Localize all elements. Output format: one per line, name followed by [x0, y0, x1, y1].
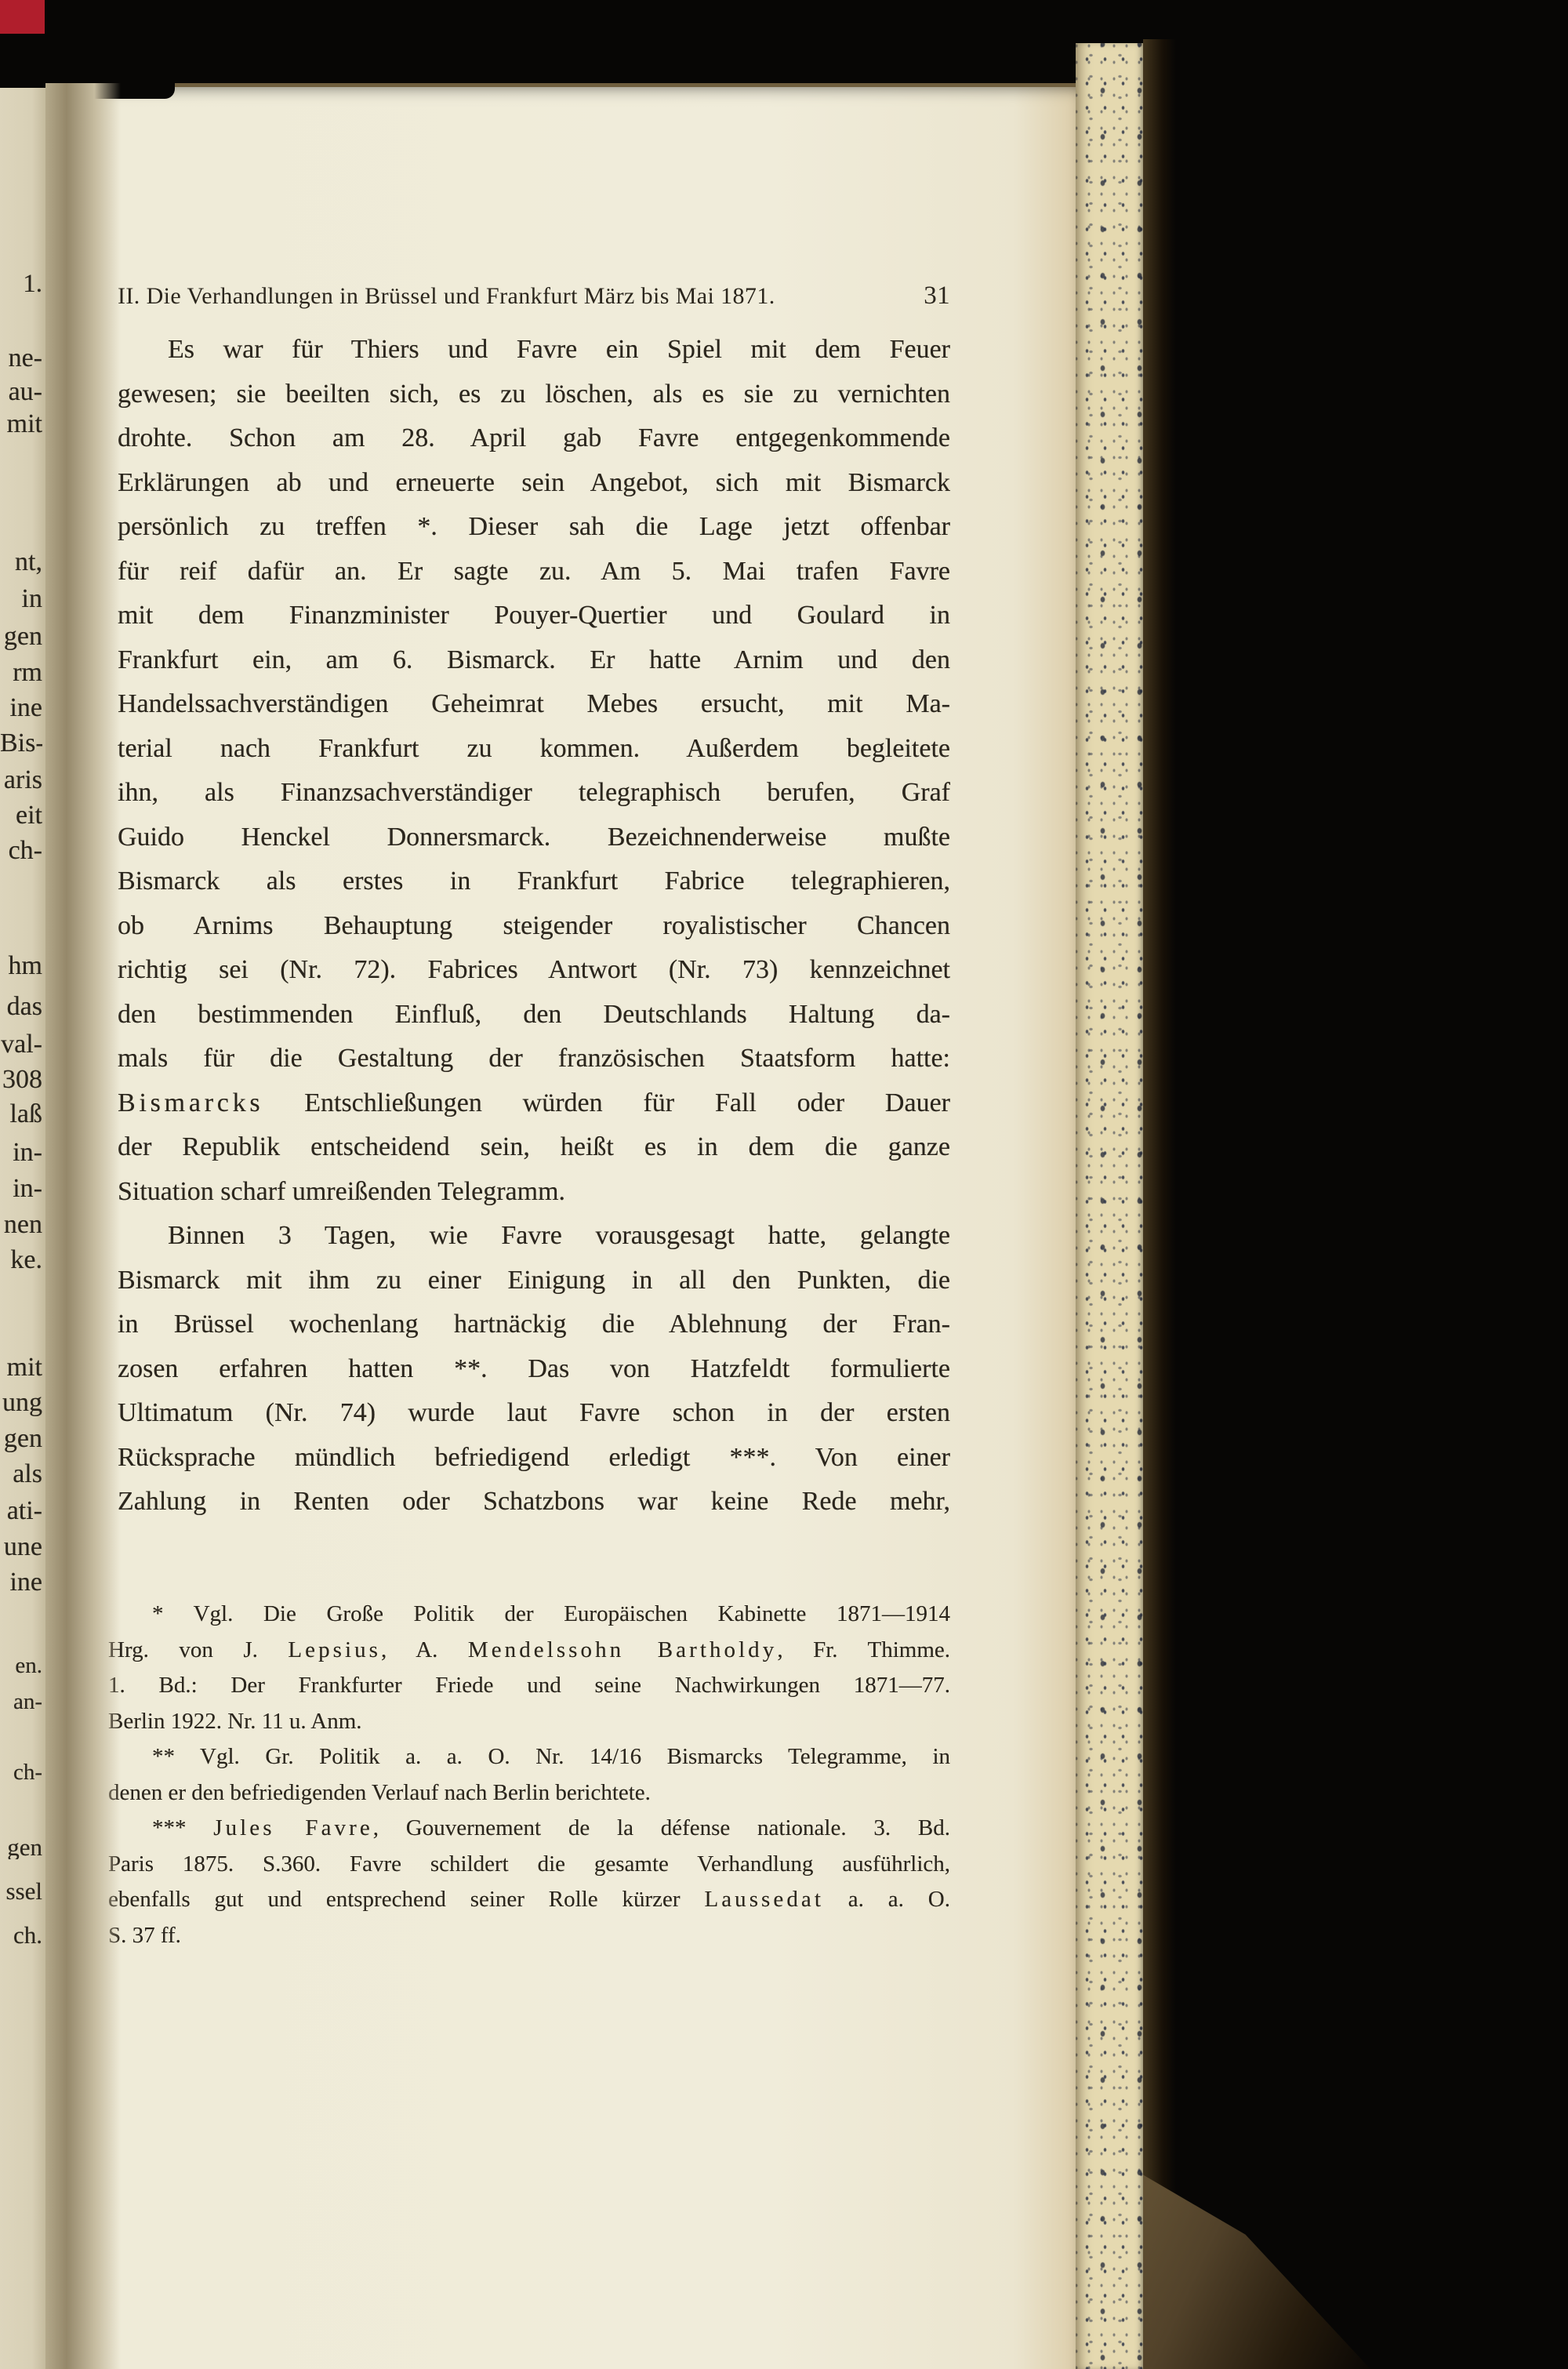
book-page: II. Die Verhandlungen in Brüssel und Fra… — [45, 83, 1076, 2369]
margin-fragment: an- — [0, 1691, 42, 1713]
page-header-title: II. Die Verhandlungen in Brüssel und Fra… — [118, 283, 775, 310]
text-line: Bismarck als erstes in Frankfurt Fabrice… — [118, 859, 950, 904]
margin-fragment: gen — [0, 1426, 42, 1452]
fore-edge — [1076, 43, 1143, 2369]
margin-fragment: en. — [0, 1655, 42, 1677]
text-line: zosen erfahren hatten **. Das von Hatzfe… — [118, 1347, 950, 1392]
margin-fragment: in- — [0, 1175, 42, 1202]
margin-fragment: in- — [0, 1139, 42, 1166]
text-line: Ultimatum (Nr. 74) wurde laut Favre scho… — [118, 1391, 950, 1436]
margin-fragment: ch. — [0, 1923, 42, 1947]
text-line: Bismarck mit ihm zu einer Einigung in al… — [118, 1259, 950, 1303]
book-cover-corner — [1143, 2070, 1370, 2369]
text-line: persönlich zu treffen *. Dieser sah die … — [118, 505, 950, 550]
margin-fragment: gen — [0, 1835, 42, 1859]
margin-fragment: au- — [0, 379, 42, 405]
text-line: für reif dafür an. Er sagte zu. Am 5. Ma… — [118, 550, 950, 594]
margin-fragment: in — [0, 586, 42, 612]
text-line: Handelssachverständigen Geheimrat Mebes … — [118, 682, 950, 727]
text-line: Frankfurt ein, am 6. Bismarck. Er hatte … — [118, 638, 950, 683]
text-line: Paris 1875. S.360. Favre schildert die g… — [108, 1847, 950, 1883]
margin-fragment: val- — [0, 1031, 42, 1058]
margin-fragment: une — [0, 1534, 42, 1561]
text-line: drohte. Schon am 28. April gab Favre ent… — [118, 416, 950, 461]
margin-fragment: nt, — [0, 549, 42, 576]
margin-fragment: 1. — [0, 271, 42, 297]
text-line: den bestimmenden Einfluß, den Deutschlan… — [118, 993, 950, 1037]
margin-fragment: mit — [0, 411, 42, 438]
margin-fragment: ung — [0, 1390, 42, 1416]
text-line: S. 37 ff. — [108, 1918, 950, 1954]
book-cover-edge — [1143, 39, 1176, 2369]
text-line: Erklärungen ab und erneuerte sein Angebo… — [118, 461, 950, 506]
text-line: denen er den befriedigenden Verlauf nach… — [108, 1775, 950, 1811]
text-line: * Vgl. Die Große Politik der Europäische… — [108, 1597, 950, 1633]
margin-fragment: 308 — [0, 1066, 42, 1093]
margin-fragment: ssel — [0, 1879, 42, 1903]
text-line: Es war für Thiers und Favre ein Spiel mi… — [118, 328, 950, 372]
text-line: 1. Bd.: Der Frankfurter Friede und seine… — [108, 1668, 950, 1704]
margin-fragment: eit — [0, 802, 42, 829]
running-head: II. Die Verhandlungen in Brüssel und Fra… — [118, 282, 950, 311]
margin-fragment: gen — [0, 623, 42, 650]
margin-fragment: ne- — [0, 345, 42, 372]
margin-fragment: rm — [0, 659, 42, 686]
text-line: terial nach Frankfurt zu kommen. Außerde… — [118, 727, 950, 772]
text-line: Guido Henckel Donnersmarck. Bezeichnende… — [118, 816, 950, 860]
margin-fragment: nen — [0, 1212, 42, 1238]
margin-fragment: laß — [0, 1101, 42, 1128]
margin-fragment: mit — [0, 1354, 42, 1381]
text-line: ihn, als Finanzsachverständiger telegrap… — [118, 771, 950, 816]
text-line: mals für die Gestaltung der französische… — [118, 1037, 950, 1081]
text-line: Berlin 1922. Nr. 11 u. Anm. — [108, 1704, 950, 1740]
text-line: ebenfalls gut und entsprechend seiner Ro… — [108, 1882, 950, 1918]
text-line: *** Jules Favre, Gouvernement de la défe… — [108, 1811, 950, 1847]
text-line: richtig sei (Nr. 72). Fabrices Antwort (… — [118, 948, 950, 993]
body-text: Es war für Thiers und Favre ein Spiel mi… — [118, 328, 950, 1524]
page-top-shadow — [45, 83, 175, 99]
margin-fragment: ati- — [0, 1498, 42, 1524]
margin-fragment: hm — [0, 953, 42, 979]
text-line: gewesen; sie beeilten sich, es zu lösche… — [118, 372, 950, 417]
margin-fragment: ch- — [0, 838, 42, 864]
margin-fragment: als — [0, 1461, 42, 1488]
text-line: ** Vgl. Gr. Politik a. a. O. Nr. 14/16 B… — [108, 1739, 950, 1775]
margin-fragment: ine — [0, 695, 42, 721]
page-number: 31 — [924, 282, 950, 311]
facing-page-line-endings: 1.ne-au-mitnt,ingenrmineBis-ariseitch-hm… — [0, 0, 45, 2369]
margin-fragment: Bis- — [0, 730, 42, 757]
text-line: in Brüssel wochenlang hartnäckig die Abl… — [118, 1303, 950, 1347]
margin-fragment: ke. — [0, 1247, 42, 1274]
margin-fragment: ch- — [0, 1761, 42, 1784]
text-line: mit dem Finanzminister Pouyer-Quertier u… — [118, 594, 950, 638]
text-line: Situation scharf umreißenden Telegramm. — [118, 1170, 950, 1215]
text-line: Rücksprache mündlich befriedigend erledi… — [118, 1436, 950, 1481]
text-line: der Republik entscheidend sein, heißt es… — [118, 1125, 950, 1170]
book-photo: II. Die Verhandlungen in Brüssel und Fra… — [0, 0, 1568, 2369]
margin-fragment: ine — [0, 1569, 42, 1596]
margin-fragment: aris — [0, 767, 42, 794]
margin-fragment: das — [0, 994, 42, 1020]
text-line: Hrg. von J. Lepsius, A. Mendelssohn Bart… — [108, 1633, 950, 1669]
text-line: ob Arnims Behauptung steigender royalist… — [118, 904, 950, 949]
footnotes: * Vgl. Die Große Politik der Europäische… — [108, 1597, 950, 1953]
text-line: Zahlung in Renten oder Schatzbons war ke… — [118, 1480, 950, 1524]
text-line: Bismarcks Entschließungen würden für Fal… — [118, 1081, 950, 1126]
text-line: Binnen 3 Tagen, wie Favre vorausgesagt h… — [118, 1214, 950, 1259]
